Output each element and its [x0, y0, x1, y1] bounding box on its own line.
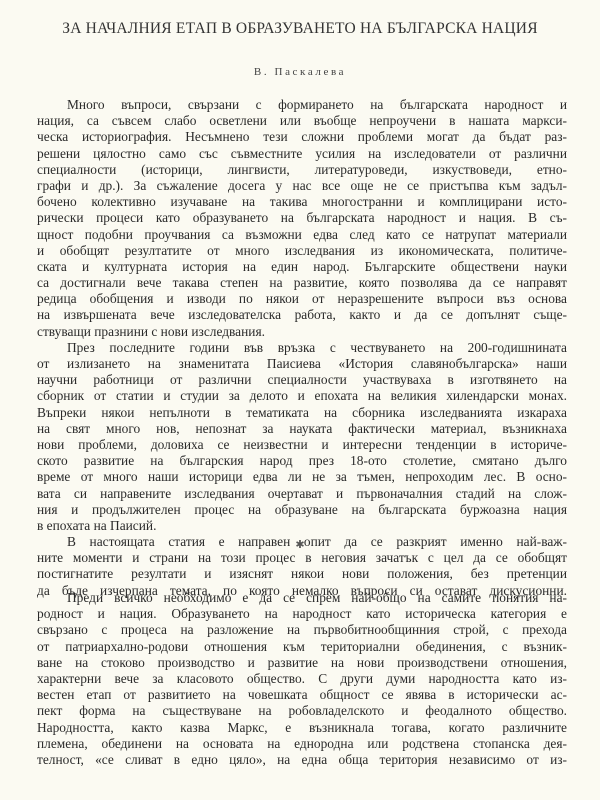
text-line: са достигнали вече такава степен на разв…	[37, 275, 567, 291]
text-line: характерни вече за класовото общество. С…	[37, 671, 567, 687]
text-line: телност, «се сливат в едно цяло», на едн…	[37, 752, 567, 768]
text-line: Много въпроси, свързани с формирането на…	[37, 97, 567, 113]
text-line: графи и др.). За съжаление досега у нас …	[37, 178, 567, 194]
text-line: ствуващи празнини с нови изследвания.	[37, 324, 567, 340]
text-line: постигнатите резултати и изяснят някои н…	[37, 566, 567, 582]
text-line: специалности (историци, лингвисти, литер…	[37, 162, 567, 178]
text-line: вата си направените изследвания очертава…	[37, 486, 567, 502]
section-separator-star: ✱	[0, 538, 600, 551]
text-line: През последните години във връзка с чест…	[37, 340, 567, 356]
text-line: от патриархално-родови отношения към тер…	[37, 639, 567, 655]
text-line: ните моменти и страни на този процес в н…	[37, 550, 567, 566]
article-author: В. Паскалева	[0, 66, 600, 78]
text-line: в епохата на Паисий.	[37, 518, 567, 534]
text-line: на свят много нов, непознат за науката ф…	[37, 421, 567, 437]
text-line: родност и нация. Образуването на народно…	[37, 606, 567, 622]
text-line: Народността, както казва Маркс, е възник…	[37, 720, 567, 736]
text-line: нация, са съвсем слабо осветлени или въо…	[37, 113, 567, 129]
text-line: нови проблеми, доловиха се неизвестни и …	[37, 437, 567, 453]
text-line: ското развитие на българския народ през …	[37, 453, 567, 469]
text-line: и обобщят резултатите от много изследван…	[37, 243, 567, 259]
text-line: пект форма на съществуване на робовладел…	[37, 703, 567, 719]
text-line: Въпреки някои непълноти в тематиката на …	[37, 405, 567, 421]
document-page: ЗА НАЧАЛНИЯ ЕТАП В ОБРАЗУВАНЕТО НА БЪЛГА…	[0, 0, 600, 800]
text-line: време от много наши историци едва ли не …	[37, 469, 567, 485]
text-line: ване на стоково производство и развитие …	[37, 655, 567, 671]
text-line: решени цялостно само със съвместните уси…	[37, 146, 567, 162]
text-line: рически процеси като образуването на бъл…	[37, 210, 567, 226]
text-line: ния и продължителен процес на образуване…	[37, 502, 567, 518]
text-line: ческа историография. Несъмнено тези слож…	[37, 129, 567, 145]
text-line: свързано с процеса на разложение на първ…	[37, 622, 567, 638]
text-line: ската и културната история на един народ…	[37, 259, 567, 275]
text-line: научни работници от различни специалност…	[37, 372, 567, 388]
text-line: племена, обединени на основата на едноро…	[37, 736, 567, 752]
text-line: вестен етап от развитието на човешката о…	[37, 687, 567, 703]
text-line: Преди всичко необходимо е да се спрем на…	[37, 590, 567, 606]
text-line: щност подобни проучвания са възможни едв…	[37, 227, 567, 243]
article-section-1: Много въпроси, свързани с формирането на…	[37, 97, 567, 599]
text-line: от излизането на знаменитата Паисиева «И…	[37, 356, 567, 372]
text-line: сборник от статии и студии за делото и е…	[37, 388, 567, 404]
text-line: редица обобщения и изводи по някои от не…	[37, 291, 567, 307]
text-line: бочено колективно изучаване на такива мн…	[37, 194, 567, 210]
article-section-2: Преди всичко необходимо е да се спрем на…	[37, 590, 567, 768]
article-title: ЗА НАЧАЛНИЯ ЕТАП В ОБРАЗУВАНЕТО НА БЪЛГА…	[0, 20, 600, 38]
text-line: на извършената вече изследователска рабо…	[37, 307, 567, 323]
